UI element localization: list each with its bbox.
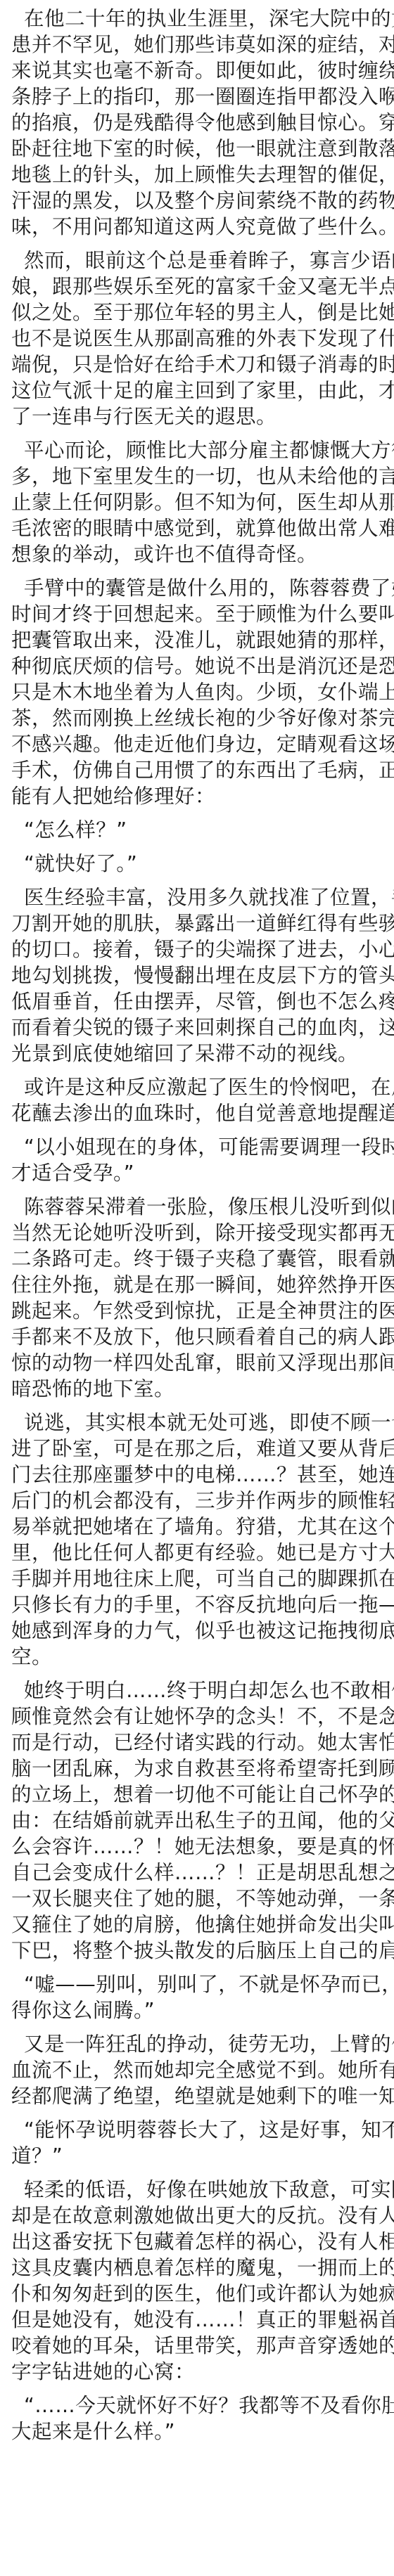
- paragraph-line: 惊的动物一样四处乱窜，眼前又浮现出那间阴: [11, 1350, 374, 1376]
- paragraph-line: 空。: [11, 1644, 374, 1670]
- paragraph-line: 来说其实也毫不新奇。即便如此，彼时缠绕在这: [11, 58, 374, 84]
- paragraph-line: 她感到浑身的力气，似乎也被这记拖拽彻底抽: [11, 1618, 374, 1644]
- paragraph-line: 不感兴趣。他走近他们身边，定睛观看这场小型: [11, 731, 374, 757]
- paragraph-line: 止蒙上任何阴影。但不知为何，医生却从那双睫: [11, 489, 374, 515]
- paragraph-line: 茶，然而刚换上丝绒长袍的少爷好像对茶完全: [11, 705, 374, 731]
- paragraph-line: 但是她没有，她没有……！真正的罪魁祸首还在: [11, 2307, 374, 2333]
- paragraph-line: 手脚并用地往床上爬，可当自己的脚踝抓在一: [11, 1566, 374, 1592]
- paragraph-line: 一双长腿夹住了她的腿，不等她动弹，一条手臂: [11, 1886, 374, 1912]
- paragraph-line: 又箍住了她的肩膀，他擒住她拼命发出尖叫的: [11, 1912, 374, 1938]
- paragraph-line: 而是行动，已经付诸实践的行动。她太害怕，头: [11, 1730, 374, 1756]
- paragraph-line: 二条路可走。终于镊子夹稳了囊管，眼看就要钳: [11, 1246, 374, 1272]
- paragraph: “嘘——别叫，别叫了，不就是怀孕而已，值得你这么闹腾。”: [11, 1971, 374, 2023]
- paragraph-line: 手都来不及放下，他只顾看着自己的病人跟受: [11, 1324, 374, 1350]
- paragraph-line: 时间才终于回想起来。至于顾惟为什么要叫人: [11, 601, 374, 627]
- paragraph-line: 的立场上，想着一切他不可能让自己怀孕的理: [11, 1782, 374, 1808]
- paragraph: 或许是这种反应激起了医生的怜悯吧，在用棉花蘸去渗出的血珠时，他自觉善意地提醒道：: [11, 1074, 374, 1126]
- paragraph: “……今天就怀好不好？我都等不及看你肚子大起来是什么样。”: [11, 2393, 374, 2445]
- paragraph-line: 似之处。至于那位年轻的男主人，倒是比她---: [11, 300, 374, 326]
- paragraph-line: 后门的机会都没有，三步并作两步的顾惟轻而: [11, 1488, 374, 1514]
- paragraph-line: 咬着她的耳朵，话里带笑，那声音穿透她的耳道，: [11, 2333, 374, 2359]
- paragraph-line: 经都爬满了绝望，绝望就是她剩下的唯一知觉。: [11, 2083, 374, 2109]
- paragraph-line: 手术，仿佛自己用惯了的东西出了毛病，正等着: [11, 757, 374, 783]
- paragraph-line: 字字钻进她的心窝：: [11, 2359, 374, 2385]
- paragraph: 陈蓉蓉呆滞着一张脸，像压根儿没听到似的，当然无论她听没听到，除开接受现实都再无第…: [11, 1194, 374, 1402]
- paragraph-line: 当然无论她听没听到，除开接受现实都再无第: [11, 1220, 374, 1246]
- paragraph: 平心而论，顾惟比大部分雇主都慷慨大方得多，地下室里发生的一切，也从未给他的言谈举…: [11, 437, 374, 567]
- paragraph: 说逃，其实根本就无处可逃，即使不顾一切钻进了卧室，可是在那之后，难道又要从背后的…: [11, 1410, 374, 1670]
- paragraph-line: 下巴，将整个披头散发的后脑压上自己的肩头：: [11, 1938, 374, 1964]
- paragraph-line: “嘘——别叫，别叫了，不就是怀孕而已，值: [11, 1971, 374, 1997]
- paragraph-line: “怎么样？”: [11, 817, 374, 843]
- paragraph-line: “……今天就怀好不好？我都等不及看你肚子: [11, 2393, 374, 2419]
- paragraph-line: 能有人把她给修理好：: [11, 783, 374, 809]
- paragraph: 轻柔的低语，好像在哄她放下敌意，可实际上，却是在故意刺激她做出更大的反抗。没有人…: [11, 2177, 374, 2385]
- paragraph-line: 或许是这种反应激起了医生的怜悯吧，在用棉: [11, 1074, 374, 1100]
- article-body: 在他二十年的执业生涯里，深宅大院中的女病患并不罕见，她们那些讳莫如深的症结，对医…: [11, 6, 374, 2452]
- paragraph: “怎么样？”: [11, 817, 374, 843]
- paragraph-line: 味，不用问都知道这两人究竟做了些什么。: [11, 214, 374, 240]
- paragraph-line: 了一连串与行医无关的遐思。: [11, 404, 374, 430]
- paragraph-line: 这位气派十足的雇主回到了家里，由此，才引发: [11, 378, 374, 404]
- paragraph-line: 里，他比任何人都更有经验。她已是方寸大乱，: [11, 1540, 374, 1566]
- paragraph-line: 平心而论，顾惟比大部分雇主都慷慨大方得: [11, 437, 374, 463]
- paragraph-line: 才适合受孕。”: [11, 1160, 374, 1186]
- paragraph-line: 的切口。接着，镊子的尖端探了进去，小心翼翼: [11, 936, 374, 962]
- paragraph-line: 的掐痕，仍是残酷得令他感到触目惊心。穿过主: [11, 110, 374, 136]
- paragraph: “能怀孕说明蓉蓉长大了，这是好事，知不知道？”: [11, 2117, 374, 2169]
- paragraph-line: 出这番安抚下包藏着怎样的祸心，没有人相信: [11, 2229, 374, 2255]
- paragraph-line: 毛浓密的眼睛中感觉到，就算他做出常人难以: [11, 515, 374, 541]
- paragraph-line: 却是在故意刺激她做出更大的反抗。没有人听: [11, 2203, 374, 2229]
- paragraph-line: 患并不罕见，她们那些讳莫如深的症结，对医生: [11, 32, 374, 58]
- paragraph-line: 多，地下室里发生的一切，也从未给他的言谈举: [11, 463, 374, 489]
- paragraph-line: 轻柔的低语，好像在哄她放下敌意，可实际上，: [11, 2177, 374, 2203]
- paragraph-line: 在他二十年的执业生涯里，深宅大院中的女病: [11, 6, 374, 32]
- paragraph-line: 自己会变成什么样……？！正是胡思乱想之际，: [11, 1860, 374, 1886]
- paragraph-line: 陈蓉蓉呆滞着一张脸，像压根儿没听到似的，: [11, 1194, 374, 1220]
- paragraph: 在他二十年的执业生涯里，深宅大院中的女病患并不罕见，她们那些讳莫如深的症结，对医…: [11, 6, 374, 240]
- paragraph-line: “就快好了。”: [11, 851, 374, 877]
- paragraph-line: 种彻底厌烦的信号。她说不出是消沉还是恐惧，: [11, 653, 374, 679]
- paragraph-line: 得你这么闹腾。”: [11, 1997, 374, 2023]
- paragraph-line: 进了卧室，可是在那之后，难道又要从背后的小: [11, 1436, 374, 1462]
- paragraph-line: 门去往那座噩梦中的电梯……？甚至，她连跑到: [11, 1462, 374, 1488]
- paragraph: “以小姐现在的身体，可能需要调理一段时间才适合受孕。”: [11, 1134, 374, 1186]
- paragraph-line: 想象的举动，或许也不值得奇怪。: [11, 541, 374, 567]
- paragraph-line: 只修长有力的手里，不容反抗地向后一拖——: [11, 1592, 374, 1618]
- paragraph-line: 刀割开她的肌肤，暴露出一道鲜红得有些骇人: [11, 910, 374, 936]
- paragraph-line: 娘，跟那些娱乐至死的富家千金又毫无半点相: [11, 273, 374, 300]
- paragraph-line: 端倪，只是恰好在给手术刀和镊子消毒的时候，: [11, 352, 374, 378]
- paragraph-line: 只是木木地坐着为人鱼肉。少顷，女仆端上了新: [11, 679, 374, 705]
- paragraph-line: 地勾划挑拨，慢慢翻出埋在皮层下方的管头。她: [11, 962, 374, 988]
- paragraph: 医生经验丰富，没用多久就找准了位置，手术刀割开她的肌肤，暴露出一道鲜红得有些骇人…: [11, 884, 374, 1067]
- paragraph-line: 手臂中的囊管是做什么用的，陈蓉蓉费了好些: [11, 575, 374, 601]
- paragraph: 然而，眼前这个总是垂着眸子，寡言少语的姑娘，跟那些娱乐至死的富家千金又毫无半点相…: [11, 247, 374, 430]
- paragraph-line: 低眉垂首，任由摆弄，尽管，倒也不怎么疼，然: [11, 988, 374, 1015]
- paragraph-line: 脑一团乱麻，为求自救甚至将希望寄托到顾惟: [11, 1756, 374, 1782]
- paragraph-line: 医生经验丰富，没用多久就找准了位置，手术: [11, 884, 374, 910]
- paragraph: 她终于明白……终于明白却怎么也不敢相信，顾惟竟然会有让她怀孕的念头！不，不是念头…: [11, 1677, 374, 1964]
- paragraph-line: 又是一阵狂乱的挣动，徒劳无功，上臂的伤口: [11, 2031, 374, 2057]
- paragraph-line: 道？”: [11, 2143, 374, 2169]
- paragraph-line: 大起来是什么样。”: [11, 2419, 374, 2445]
- paragraph-line: 地毯上的针头，加上顾惟失去理智的催促，完全: [11, 162, 374, 188]
- paragraph-line: “以小姐现在的身体，可能需要调理一段时间: [11, 1134, 374, 1160]
- paragraph: “就快好了。”: [11, 851, 374, 877]
- paragraph-line: 暗恐怖的地下室。: [11, 1376, 374, 1402]
- paragraph-line: 然而，眼前这个总是垂着眸子，寡言少语的姑: [11, 247, 374, 273]
- paragraph-line: 她终于明白……终于明白却怎么也不敢相信，: [11, 1677, 374, 1704]
- paragraph-line: 顾惟竟然会有让她怀孕的念头！不，不是念头，: [11, 1704, 374, 1730]
- paragraph-line: “能怀孕说明蓉蓉长大了，这是好事，知不知: [11, 2117, 374, 2143]
- paragraph-line: 仆和匆匆赶到的医生，他们或许都认为她疯了，: [11, 2281, 374, 2307]
- paragraph-line: 么会容许……？！她无法想象，要是真的怀孕，: [11, 1834, 374, 1860]
- paragraph-line: 由：在结婚前就弄出私生子的丑闻，他的父亲怎: [11, 1808, 374, 1834]
- paragraph-line: 这具皮囊内栖息着怎样的魔鬼，一拥而上的女: [11, 2255, 374, 2281]
- paragraph-line: 汗湿的黑发，以及整个房间萦绕不散的药物气: [11, 188, 374, 214]
- paragraph-line: 易举就把她堵在了墙角。狩猎，尤其在这个房间: [11, 1514, 374, 1540]
- paragraph-line: 把囊管取出来，没准儿，就跟她猜的那样，是一: [11, 627, 374, 653]
- paragraph-line: 说逃，其实根本就无处可逃，即使不顾一切钻: [11, 1410, 374, 1436]
- paragraph-line: 而看着尖锐的镊子来回刺探自己的血肉，这幅: [11, 1015, 374, 1041]
- paragraph: 又是一阵狂乱的挣动，徒劳无功，上臂的伤口血流不止，然而她却完全感觉不到。她所有的…: [11, 2031, 374, 2109]
- paragraph-line: 也不是说医生从那副高雅的外表下发现了什么: [11, 326, 374, 352]
- paragraph: 手臂中的囊管是做什么用的，陈蓉蓉费了好些时间才终于回想起来。至于顾惟为什么要叫人…: [11, 575, 374, 809]
- paragraph-line: 条脖子上的指印，那一圈圈连指甲都没入喉咙: [11, 84, 374, 110]
- paragraph-line: 住往外拖，就是在那一瞬间，她猝然挣开医生蹦: [11, 1272, 374, 1298]
- paragraph-line: 卧赶往地下室的时候，他一眼就注意到散落在: [11, 136, 374, 162]
- paragraph-line: 跳起来。乍然受到惊扰，正是全神贯注的医生连: [11, 1298, 374, 1324]
- paragraph-line: 花蘸去渗出的血珠时，他自觉善意地提醒道：: [11, 1100, 374, 1126]
- paragraph-line: 血流不止，然而她却完全感觉不到。她所有的神: [11, 2057, 374, 2083]
- paragraph-line: 光景到底使她缩回了呆滞不动的视线。: [11, 1041, 374, 1067]
